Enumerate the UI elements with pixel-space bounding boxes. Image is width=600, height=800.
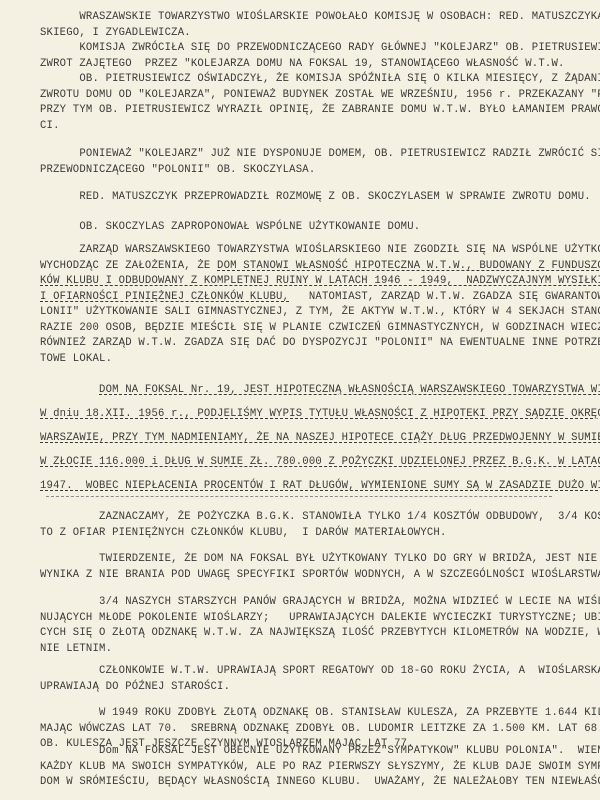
text-segment: OB. PIETRUSIEWICZ OŚWIADCZYŁ, ŻE KOMISJA… [40, 73, 600, 85]
text-segment: W 1949 ROKU ZDOBYŁ ZŁOTĄ ODZNAKĘ OB. STA… [40, 707, 600, 719]
text-line: KÓW KLUBU I ODBUDOWANY Z KOMPLETNEJ RUIN… [40, 274, 560, 290]
text-line: UPRAWIAJĄ DO PÓŹNEJ STAROŚCI. [40, 680, 560, 696]
text-line: CI. [40, 119, 560, 135]
paragraph-skoczylas-proposal: OB. SKOCZYLAS ZAPROPONOWAŁ WSPÓLNE UŻYTK… [40, 220, 560, 236]
text-segment: CZŁONKOWIE W.T.W. UPRAWIAJĄ SPORT REGATO… [40, 665, 600, 677]
underlined-text: I OFIARNOŚCI PINIĘŻNEJ CZŁONKÓW KLUBU, [40, 291, 289, 303]
text-line: DOM W SRÓMIEŚCIU, BĘDĄCY WŁASNOŚCIĄ INNE… [40, 775, 560, 791]
text-segment: ZWROTU DOMU OD "KOLEJARZA", PONIEWAŻ BUD… [40, 89, 600, 101]
paragraph-kolejarz-advice: PONIEWAŻ "KOLEJARZ" JUŻ NIE DYSPONUJE DO… [40, 147, 560, 178]
text-segment: OB. SKOCZYLAS ZAPROPONOWAŁ WSPÓLNE UŻYTK… [40, 221, 420, 233]
paragraph-members-sport: CZŁONKOWIE W.T.W. UPRAWIAJĄ SPORT REGATO… [40, 664, 560, 695]
text-line: ZWROT ZAJĘTEGO PRZEZ "KOLEJARZA DOMU NA … [40, 57, 560, 73]
text-line: W dniu 18.XII. 1956 r., PODJELIŚMY WYPIS… [40, 402, 560, 426]
underlined-text: DOM NA FOKSAL Nr. 19, JEST HIPOTECZNĄ WŁ… [99, 384, 600, 396]
text-line: PRZY TYM OB. PIETRUSIEWICZ WYRAZIŁ OPINI… [40, 103, 560, 119]
underlined-text: W ZŁOCIE 116.000 i DŁUG W SUMIE ZŁ. 780.… [40, 456, 600, 468]
text-line: LONII" UŻYTKOWANIE SALI GIMNASTYCZNEJ, Z… [40, 305, 560, 321]
text-segment: WYCHODZĄC ZE ZAŁOŻENIA, ŻE [40, 260, 217, 272]
text-line: MAJĄC WÓWCZAS LAT 70. SREBRNĄ ODZNAKĘ ZD… [40, 722, 560, 738]
text-line: WRASZAWSKIE TOWARZYSTWO WIOŚLARSKIE POWO… [40, 10, 560, 26]
text-segment: 3/4 NASZYCH STARSZYCH PANÓW GRAJĄCYCH W … [40, 596, 600, 608]
text-segment: SKIEGO, I ZYGADLEWICZA. [40, 27, 191, 39]
text-line: TWIERDZENIE, ŻE DOM NA FOKSAL BYŁ UŻYTKO… [40, 552, 560, 568]
paragraph-mortgage-ownership: DOM NA FOKSAL Nr. 19, JEST HIPOTECZNĄ WŁ… [40, 378, 560, 498]
text-segment: NATOMIAST, ZARZĄD W.T.W. ZGADZA SIĘ GWAR… [289, 291, 600, 303]
paragraph-sympathizers: Dom NA FOKSAL JEST OBECNIE UŻYTKOWANY PR… [40, 744, 560, 791]
text-line: RÓWNIEŻ ZARZĄD W.T.W. ZGADZA SIĘ DAĆ DO … [40, 336, 560, 352]
paragraph-board-response: ZARZĄD WARSZAWSKIEGO TOWARZYSTWA WIOŚLAR… [40, 243, 560, 367]
text-segment: RED. MATUSZCZYK PRZEPROWADZIŁ ROZMOWĘ Z … [40, 191, 591, 203]
underlined-text: WARSZAWIE, PRZY TYM NADMIENIAMY, ŻE NA N… [40, 432, 600, 444]
text-segment: TOWE LOKAL. [40, 353, 112, 365]
paragraph-senior-members: 3/4 NASZYCH STARSZYCH PANÓW GRAJĄCYCH W … [40, 595, 560, 657]
text-segment: WYNIKA Z NIE BRANIA POD UWAGĘ SPECYFIKI … [40, 569, 600, 581]
paragraph-committee: WRASZAWSKIE TOWARZYSTWO WIOŚLARSKIE POWO… [40, 10, 560, 41]
text-segment: KOMISJA ZWRÓCIŁA SIĘ DO PRZEWODNICZĄCEGO… [40, 42, 600, 54]
paragraph-bridge-claim: TWIERDZENIE, ŻE DOM NA FOKSAL BYŁ UŻYTKO… [40, 552, 560, 583]
text-line: ZWROTU DOMU OD "KOLEJARZA", PONIEWAŻ BUD… [40, 88, 560, 104]
text-line: KOMISJA ZWRÓCIŁA SIĘ DO PRZEWODNICZĄCEGO… [40, 41, 560, 57]
text-line: RAZIE 200 OSOB, BĘDZIE MIEŚCIŁ SIĘ W PLA… [40, 321, 560, 337]
text-segment: WRASZAWSKIE TOWARZYSTWO WIOŚLARSKIE POWO… [40, 11, 600, 23]
typewritten-document-page: WRASZAWSKIE TOWARZYSTWO WIOŚLARSKIE POWO… [0, 0, 600, 800]
text-segment: RÓWNIEŻ ZARZĄD W.T.W. ZGADZA SIĘ DAĆ DO … [40, 337, 600, 349]
underlined-text: 1947. WOBEC NIEPŁACENIA PROCENTÓW I RAT … [40, 480, 600, 492]
text-line: KAŻDY KLUB MA SWOICH SYMPATYKÓW, ALE PO … [40, 760, 560, 776]
text-segment: NIE LETNIM. [40, 643, 112, 655]
text-segment: ZWROT ZAJĘTEGO PRZEZ "KOLEJARZA DOMU NA … [40, 58, 565, 70]
text-segment: PONIEWAŻ "KOLEJARZ" JUŻ NIE DYSPONUJE DO… [40, 148, 600, 160]
paragraph-commission-request: KOMISJA ZWRÓCIŁA SIĘ DO PRZEWODNICZĄCEGO… [40, 41, 560, 72]
text-line: ZAZNACZAMY, ŻE POŻYCZKA B.G.K. STANOWIŁA… [40, 510, 560, 526]
text-segment: PRZEWODNICZĄCEGO "POLONII" OB. SKOCZYLAS… [40, 164, 315, 176]
text-segment: UPRAWIAJĄ DO PÓŹNEJ STAROŚCI. [40, 681, 230, 693]
underlined-text: W dniu 18.XII. 1956 r., PODJELIŚMY WYPIS… [40, 408, 600, 420]
text-line: W ZŁOCIE 116.000 i DŁUG W SUMIE ZŁ. 780.… [40, 450, 560, 474]
text-line: 3/4 NASZYCH STARSZYCH PANÓW GRAJĄCYCH W … [40, 595, 560, 611]
text-line: OB. PIETRUSIEWICZ OŚWIADCZYŁ, ŻE KOMISJA… [40, 72, 560, 88]
paragraph-matuszczyk-talk: RED. MATUSZCZYK PRZEPROWADZIŁ ROZMOWĘ Z … [40, 190, 560, 206]
text-line: RED. MATUSZCZYK PRZEPROWADZIŁ ROZMOWĘ Z … [40, 190, 560, 206]
text-line: DOM NA FOKSAL Nr. 19, JEST HIPOTECZNĄ WŁ… [40, 378, 560, 402]
dashed-separator [46, 496, 552, 497]
text-segment: TO Z OFIAR PIENIĘŻNYCH CZŁONKÓW KLUBU, I… [40, 527, 447, 539]
text-line: TOWE LOKAL. [40, 352, 560, 368]
text-line: WYNIKA Z NIE BRANIA POD UWAGĘ SPECYFIKI … [40, 568, 560, 584]
text-line: WYCHODZĄC ZE ZAŁOŻENIA, ŻE DOM STANOWI W… [40, 259, 560, 275]
text-segment: KAŻDY KLUB MA SWOICH SYMPATYKÓW, ALE PO … [40, 761, 600, 773]
text-line: SKIEGO, I ZYGADLEWICZA. [40, 26, 560, 42]
text-line: Dom NA FOKSAL JEST OBECNIE UŻYTKOWANY PR… [40, 744, 560, 760]
text-segment: MAJĄC WÓWCZAS LAT 70. SREBRNĄ ODZNAKĘ ZD… [40, 723, 600, 735]
paragraph-bgk-loan: ZAZNACZAMY, ŻE POŻYCZKA B.G.K. STANOWIŁA… [40, 510, 560, 541]
text-segment [40, 384, 99, 396]
text-line: I OFIARNOŚCI PINIĘŻNEJ CZŁONKÓW KLUBU, N… [40, 290, 560, 306]
text-segment: TWIERDZENIE, ŻE DOM NA FOKSAL BYŁ UŻYTKO… [40, 553, 600, 565]
underlined-text: DOM STANOWI WŁASNOŚĆ HIPOTECZNA W.T.W., … [217, 260, 600, 272]
text-line: ZARZĄD WARSZAWSKIEGO TOWARZYSTWA WIOŚLAR… [40, 243, 560, 259]
text-segment: ZARZĄD WARSZAWSKIEGO TOWARZYSTWA WIOŚLAR… [40, 244, 600, 256]
text-line: TO Z OFIAR PIENIĘŻNYCH CZŁONKÓW KLUBU, I… [40, 526, 560, 542]
text-segment: DOM W SRÓMIEŚCIU, BĘDĄCY WŁASNOŚCIĄ INNE… [40, 776, 600, 788]
text-segment: RAZIE 200 OSOB, BĘDZIE MIEŚCIŁ SIĘ W PLA… [40, 322, 600, 334]
text-segment: LONII" UŻYTKOWANIE SALI GIMNASTYCZNEJ, Z… [40, 306, 600, 318]
underlined-text: KÓW KLUBU I ODBUDOWANY Z KOMPLETNEJ RUIN… [40, 275, 600, 287]
text-line: CZŁONKOWIE W.T.W. UPRAWIAJĄ SPORT REGATO… [40, 664, 560, 680]
text-line: NUJĄCYCH MŁODE POKOLENIE WIOŚLARZY; UPRA… [40, 611, 560, 627]
text-line: NIE LETNIM. [40, 642, 560, 658]
text-line: 1947. WOBEC NIEPŁACENIA PROCENTÓW I RAT … [40, 474, 560, 498]
text-line: WARSZAWIE, PRZY TYM NADMIENIAMY, ŻE NA N… [40, 426, 560, 450]
text-line: PONIEWAŻ "KOLEJARZ" JUŻ NIE DYSPONUJE DO… [40, 147, 560, 163]
text-segment: Dom NA FOKSAL JEST OBECNIE UŻYTKOWANY PR… [40, 745, 600, 757]
text-line: PRZEWODNICZĄCEGO "POLONII" OB. SKOCZYLAS… [40, 163, 560, 179]
text-segment: NUJĄCYCH MŁODE POKOLENIE WIOŚLARZY; UPRA… [40, 612, 600, 624]
text-segment: CI. [40, 120, 60, 132]
text-segment: CYCH SIĘ O ZŁOTĄ ODZNAKĘ W.T.W. ZA NAJWI… [40, 627, 600, 639]
paragraph-pietrusiewicz-statement: OB. PIETRUSIEWICZ OŚWIADCZYŁ, ŻE KOMISJA… [40, 72, 560, 134]
text-line: W 1949 ROKU ZDOBYŁ ZŁOTĄ ODZNAKĘ OB. STA… [40, 706, 560, 722]
text-line: OB. SKOCZYLAS ZAPROPONOWAŁ WSPÓLNE UŻYTK… [40, 220, 560, 236]
text-line: CYCH SIĘ O ZŁOTĄ ODZNAKĘ W.T.W. ZA NAJWI… [40, 626, 560, 642]
text-segment: PRZY TYM OB. PIETRUSIEWICZ WYRAZIŁ OPINI… [40, 104, 600, 116]
text-segment: ZAZNACZAMY, ŻE POŻYCZKA B.G.K. STANOWIŁA… [40, 511, 600, 523]
